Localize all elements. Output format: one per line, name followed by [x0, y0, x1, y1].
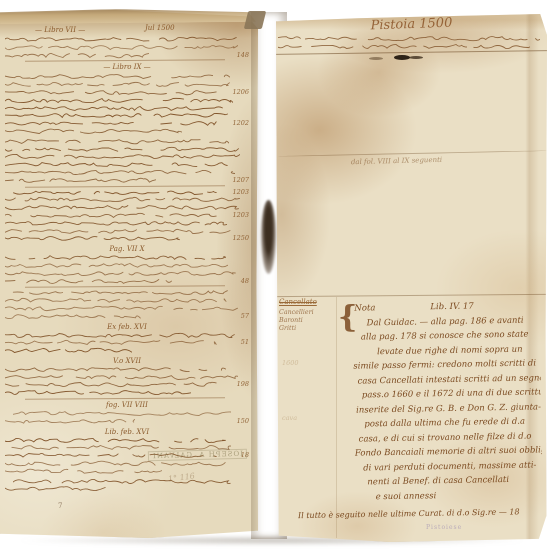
- script-line: [5, 389, 249, 397]
- right-page-top-lines: [278, 35, 545, 51]
- folio-number: 198: [237, 380, 249, 388]
- script-line: [5, 332, 249, 340]
- script-line: 148: [5, 52, 249, 60]
- folio-number: 1250: [232, 234, 249, 242]
- register-entries: 148— Libro IX —120612021207120312031250P…: [5, 36, 249, 493]
- purple-stamp: Pistoiese: [426, 524, 462, 531]
- folio-number: 48: [241, 277, 249, 285]
- register-entry: Ex feb. XVI51: [5, 323, 249, 355]
- right-page: Pistoia 1500 dal fol. VIII al IX seguent…: [276, 14, 547, 542]
- script-line: [5, 262, 249, 270]
- archivist-note: Nota Lib. IV. 17 Dal Guidac. — alla pag.…: [352, 298, 543, 504]
- script-line: [5, 196, 249, 204]
- script-line: [5, 366, 249, 374]
- folio-number: 57: [241, 312, 249, 320]
- script-line: [5, 36, 249, 44]
- script-line: [278, 43, 545, 51]
- script-line: [5, 347, 249, 355]
- folio-number: 51: [241, 338, 249, 346]
- script-line: [5, 220, 249, 228]
- script-line: 57: [5, 313, 249, 321]
- note-margin: Cancellato CancellieriBarontiGritti: [279, 298, 335, 333]
- left-header-date: Jul 1500: [145, 24, 175, 32]
- note-separator-line: [276, 294, 547, 297]
- folio-number: 1203: [232, 188, 249, 196]
- folio-number: 150: [237, 417, 249, 425]
- section-heading: fog. VII VIII: [5, 401, 249, 409]
- cancellato-label: Cancellato: [279, 298, 335, 306]
- script-line: 1206: [5, 89, 249, 97]
- script-line: [5, 305, 249, 313]
- register-entry: Pag. VII X48: [5, 245, 249, 287]
- script-line: [5, 228, 249, 236]
- register-entry: 12061202: [5, 73, 249, 135]
- ghost-word: 1600: [282, 359, 299, 367]
- script-line: [5, 270, 249, 278]
- margin-name: Baronti: [279, 317, 335, 325]
- script-line: [5, 153, 249, 161]
- page-head-edge: [0, 8, 256, 24]
- script-line: [278, 35, 545, 43]
- script-line: [5, 161, 249, 169]
- script-line: 1203: [5, 189, 249, 197]
- folio-number: 1206: [232, 88, 249, 96]
- section-heading: — Libro IX —: [5, 63, 249, 71]
- register-entry: 120312031250: [5, 189, 249, 244]
- script-line: 1202: [5, 120, 249, 128]
- script-line: [5, 485, 249, 493]
- script-line: [5, 105, 249, 113]
- register-entry: — Libro IX —: [5, 63, 249, 71]
- entry-rule: [25, 286, 225, 288]
- margin-name: Gritti: [279, 325, 335, 333]
- script-line: [5, 297, 249, 305]
- note-margin-line: [336, 297, 337, 538]
- register-entry: 1207: [5, 138, 249, 187]
- section-heading: Lib. feb. XVI: [5, 428, 249, 436]
- script-line: 150: [5, 418, 249, 426]
- ruled-line-top: [276, 50, 547, 55]
- register-entry: fog. VII VIII150: [5, 401, 249, 426]
- register-entry: [5, 478, 249, 494]
- script-line: [5, 468, 249, 476]
- folio-number: 148: [237, 51, 249, 59]
- script-line: [5, 97, 249, 105]
- script-line: 1207: [5, 177, 249, 185]
- ghost-word: cava: [282, 414, 297, 422]
- script-line: [5, 460, 249, 468]
- script-line: [5, 374, 249, 382]
- script-line: [5, 138, 249, 146]
- script-line: 1250: [5, 235, 249, 243]
- note-title: Nota: [354, 301, 375, 316]
- script-line: [5, 478, 249, 486]
- script-line: [5, 289, 249, 297]
- script-line: 1203: [5, 212, 249, 220]
- note-line: e suoi annessi: [376, 487, 543, 504]
- register-entry: 148: [5, 36, 249, 61]
- script-line: 198: [5, 381, 249, 389]
- script-line: [5, 44, 249, 52]
- left-page-header: — Libro VII — Jul 1500: [5, 26, 249, 36]
- script-line: [5, 73, 249, 81]
- note-lines: Dal Guidac. — alla pag. 186 e avantialla…: [352, 313, 542, 505]
- folio-number: 1202: [232, 119, 249, 127]
- script-line: [5, 81, 249, 89]
- script-line: [5, 254, 249, 262]
- left-page: — Libro VII — Jul 1500 148— Libro IX —12…: [0, 10, 258, 538]
- margin-names: CancellieriBarontiGritti: [279, 309, 335, 333]
- script-line: 48: [5, 278, 249, 286]
- script-line: [5, 112, 249, 120]
- note-closing-line: Il tutto è seguito nelle ultime Curat. d…: [298, 507, 543, 520]
- corner-mark: 7: [58, 502, 62, 510]
- section-heading: Ex feb. XVI: [5, 323, 249, 331]
- entry-rule: [25, 185, 225, 187]
- left-header-title: — Libro VII —: [35, 26, 85, 34]
- section-heading: Pag. VII X: [5, 245, 249, 253]
- manuscript-photo: — Libro VII — Jul 1500 148— Libro IX —12…: [0, 0, 550, 550]
- script-line: [5, 128, 249, 136]
- gutter-damage-spot: [261, 200, 276, 274]
- script-line: [5, 437, 249, 445]
- register-entry: 57: [5, 289, 249, 320]
- script-line: [5, 146, 249, 154]
- entry-rule: [25, 60, 225, 62]
- register-entry: V.o XVII198: [5, 357, 249, 399]
- margin-name: Cancellieri: [279, 309, 335, 317]
- section-heading: V.o XVII: [5, 357, 249, 365]
- script-line: [5, 410, 249, 418]
- folio-range-note: dal fol. VIII al IX seguenti: [276, 154, 517, 168]
- note-reference: Lib. IV. 17: [430, 300, 474, 315]
- script-line: [5, 204, 249, 212]
- entry-rule: [25, 397, 225, 399]
- left-page-text: — Libro VII — Jul 1500 148— Libro IX —12…: [5, 26, 249, 495]
- ink-blot: [394, 55, 410, 60]
- folio-number: 1207: [232, 176, 249, 184]
- right-page-title: Pistoia 1500: [276, 12, 547, 36]
- script-line: [5, 169, 249, 177]
- folio-number: 1203: [232, 211, 249, 219]
- script-line: 51: [5, 339, 249, 347]
